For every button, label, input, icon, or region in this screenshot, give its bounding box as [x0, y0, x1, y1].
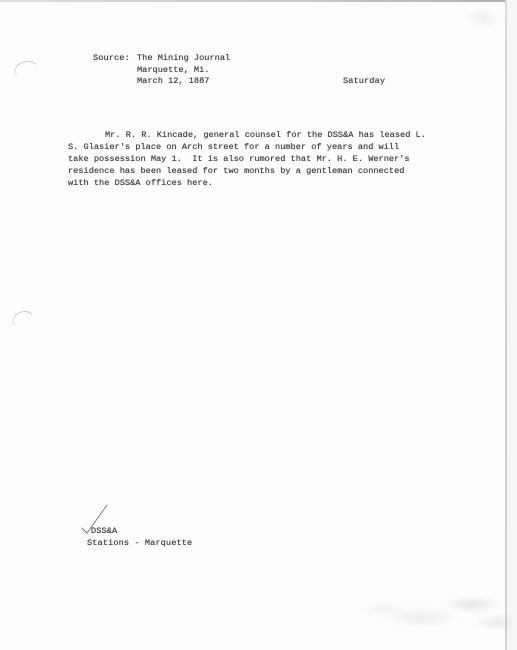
article-line: with the DSS&A offices here. [68, 177, 438, 189]
source-citation: The Mining Journal Marquette, Mi. March … [137, 53, 230, 88]
article-line: take possession May 1. It is also rumore… [68, 153, 438, 165]
article-line: S. Glasier's place on Arch street for a … [68, 141, 438, 153]
scan-top-edge-shadow [0, 0, 517, 2]
scan-smudge-bottom-right [362, 586, 510, 638]
source-label: Source: [93, 53, 130, 63]
scan-smudge-top-right [455, 4, 505, 44]
index-subject: DSS&A [91, 526, 117, 536]
scan-right-margin [507, 0, 517, 650]
index-category: Stations - Marquette [87, 538, 192, 548]
publication-location: Marquette, Mi. [137, 65, 230, 77]
publication-date: March 12, 1887 [137, 76, 230, 88]
publication-name: The Mining Journal [137, 53, 230, 65]
weekday-label: Saturday [343, 76, 385, 86]
pencil-arc-mark-middle [11, 310, 36, 327]
scanned-document-page: Source: The Mining Journal Marquette, Mi… [0, 0, 517, 650]
page-edge-line [505, 0, 507, 650]
article-line: Mr. R. R. Kincade, general counsel for t… [68, 129, 438, 141]
article-line: residence has been leased for two months… [68, 165, 438, 177]
pencil-arc-mark-top [13, 60, 40, 78]
article-paragraph: Mr. R. R. Kincade, general counsel for t… [68, 129, 438, 189]
